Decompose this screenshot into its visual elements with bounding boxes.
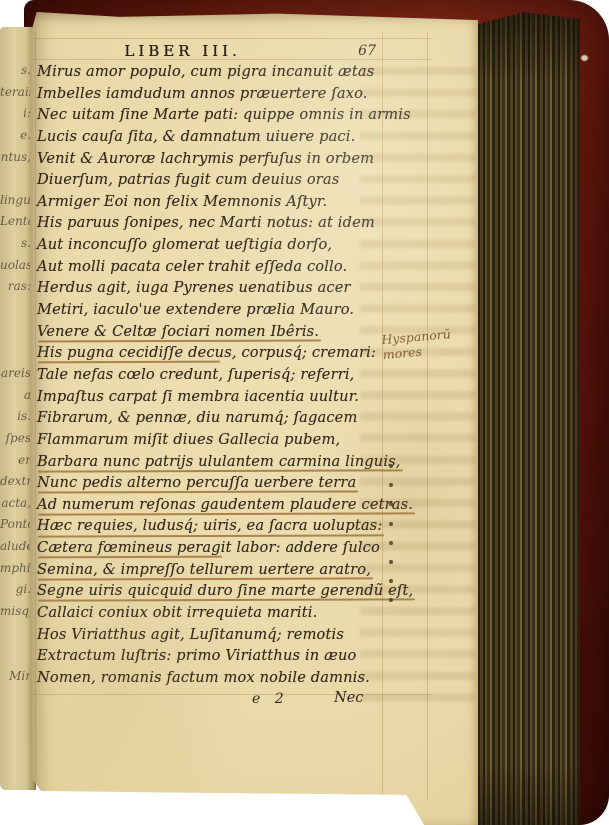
poem-line: Metiri, iaculo'ue extendere prælia Mauro…	[37, 299, 411, 321]
poem-line: Venere & Celtæ ſociari nomen Ibêris.	[37, 321, 411, 343]
poem-line: Extractum luſtris: primo Viriatthus in æ…	[37, 645, 411, 667]
left-page-fragment: areis	[0, 363, 31, 385]
poem-line: Lucis cauſa ſita, & damnatum uiuere paci…	[37, 126, 411, 148]
left-page-fragment: acta,	[0, 493, 31, 515]
left-page-fragment: ſpes	[0, 428, 31, 450]
poem-line: Aut inconcuſſo glomerat ueſtigia dorſo,	[37, 234, 411, 256]
ruled-line-left	[35, 32, 36, 800]
left-page-fragment: mphis	[0, 558, 31, 580]
facing-page-fragments: s.terais,i:e.ntus,linguisLenta,s.uolasra…	[0, 60, 31, 688]
left-page-fragment: is.	[0, 406, 31, 428]
poem-line: Tale nefas cœlo credunt, ſuperisq́; refe…	[37, 364, 411, 386]
left-page-fragment	[0, 298, 31, 320]
left-page-fragment: Mir	[0, 666, 31, 688]
ink-dot	[389, 560, 393, 564]
poem-line: Imbelles iamdudum annos præuertere ſaxo.	[37, 83, 411, 105]
book-photo: s.terais,i:e.ntus,linguisLenta,s.uolasra…	[0, 0, 609, 825]
poem-line: Aut molli pacata celer trahit eſſeda col…	[37, 256, 411, 278]
left-page-fragment	[0, 644, 31, 666]
left-page-fragment: s.	[0, 233, 31, 255]
left-page-fragment: s.	[0, 60, 31, 82]
left-page-fragment: aludè,	[0, 536, 31, 558]
left-page-fragment	[0, 320, 31, 342]
poem-line: Nunc pedis alterno percuſſa uerbere terr…	[37, 472, 411, 494]
left-page-fragment: gi.	[0, 579, 31, 601]
left-page-fragment: e.	[0, 125, 31, 147]
ink-dot	[389, 464, 393, 468]
left-page-fragment	[0, 623, 31, 645]
book-page: LIBER III. 67 Mirus amor populo, cum pig…	[30, 12, 478, 825]
poem-line: Semina, & impreſſo tellurem uertere arat…	[37, 559, 411, 581]
left-page-fragment: misq;	[0, 601, 31, 623]
left-page-fragment: linguis	[0, 190, 31, 212]
poem-line: Segne uiris quicquid duro ſine marte ger…	[37, 580, 411, 602]
ruled-line-top	[33, 38, 431, 39]
poem-line: Hæc requies, ludusq́; uiris, ea ſacra uo…	[37, 515, 411, 537]
left-page-fragment: uolas	[0, 255, 31, 277]
ink-dot	[389, 502, 393, 506]
dust-speck	[581, 55, 588, 61]
poem-line: Diuerſum, patrias fugit cum deuius oras	[37, 169, 411, 191]
poem-line: His paruus ſonipes, nec Marti notus: at …	[37, 212, 411, 234]
left-page-fragment	[0, 341, 31, 363]
poem-line: Flammarum miſit diues Gallecia pubem,	[37, 429, 411, 451]
poem-line: Ad numerum reſonas gaudentem plaudere ce…	[37, 494, 411, 516]
poem-line: Mirus amor populo, cum pigra incanuit æt…	[37, 61, 411, 83]
folio-number: 67	[330, 43, 376, 59]
poem-line: Cætera fœmineus peragit labor: addere ſu…	[37, 537, 411, 559]
ink-dot	[389, 483, 393, 487]
left-page-fragment: Lenta,	[0, 211, 31, 233]
left-page-fragment: dextra	[0, 471, 31, 493]
left-page-fragment: ras:	[0, 276, 31, 298]
left-page-fragment: er	[0, 450, 31, 472]
poem-line: Nec uitam ſine Marte pati: quippe omnis …	[37, 104, 411, 126]
left-page-fragment	[0, 168, 31, 190]
poem-line: Fibrarum, & pennæ, diu narumq́; ſagacem	[37, 407, 411, 429]
left-page-fragment: terais,	[0, 82, 31, 104]
poem-line: Herdus agit, iuga Pyrenes uenatibus acer	[37, 277, 411, 299]
left-page-fragment: Ponto,	[0, 514, 31, 536]
left-page-fragment: ntus,	[0, 147, 31, 169]
ink-dot	[389, 522, 393, 526]
signature-mark: e 2	[252, 691, 289, 707]
margin-note-line2: mores	[382, 344, 422, 362]
poem-line: Impaſtus carpat ſi membra iacentia uultu…	[37, 386, 411, 408]
margin-note-handwritten: Hyspanorũ mores	[381, 326, 457, 362]
poem-line: Hos Viriatthus agit, Luſitanumq́; remoti…	[37, 624, 411, 646]
poem-line: Barbara nunc patrijs ululantem carmina l…	[37, 451, 411, 473]
poem-line: Nomen, romanis factum mox nobile damnis.	[37, 667, 411, 689]
reader-ink-dots	[389, 464, 393, 602]
poem-line: His pugna cecidiſſe decus, corpusq́; cre…	[37, 342, 411, 364]
left-page-fragment: a	[0, 385, 31, 407]
ink-dot	[389, 579, 393, 583]
left-page-fragment: i:	[0, 103, 31, 125]
ruled-line-margin-right	[427, 32, 428, 800]
poem-line: Armiger Eoi non felix Memnonis Aſtyr.	[37, 191, 411, 213]
running-title: LIBER III.	[75, 42, 290, 60]
book-fore-edge	[468, 12, 580, 825]
catchword: Nec	[334, 690, 376, 706]
poem-line: Callaici coniux obit irrequieta mariti.	[37, 602, 411, 624]
ink-dot	[389, 541, 393, 545]
poem-text-block: Mirus amor populo, cum pigra incanuit æt…	[37, 61, 411, 689]
poem-line: Venit & Auroræ lachrymis perfuſus in orb…	[37, 148, 411, 170]
ink-dot	[389, 598, 393, 602]
